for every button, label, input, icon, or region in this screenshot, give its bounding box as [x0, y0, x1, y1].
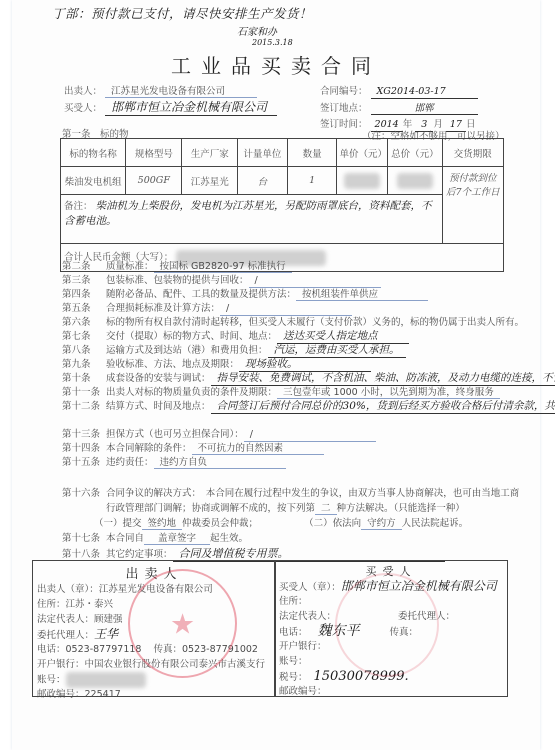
clause-number: 第十一条 [62, 384, 106, 398]
buyer-account-label: 账号： [279, 656, 308, 667]
clause-label: 质量标准： [106, 261, 154, 272]
buyer-bank-label: 开户银行： [279, 641, 327, 652]
seller-line-value: 225417 [85, 689, 121, 700]
seller-line-label: 电话： [37, 644, 66, 655]
clause-value: 三包壹年或 1000 小时，以先到期为准，终身服务 [277, 384, 500, 399]
clause-number: 第八条 [62, 342, 106, 356]
option-1-value: 签约地 [142, 515, 183, 530]
clause-label: 交付（提取）标的物方式、时间、地点： [106, 331, 277, 342]
goods-table: 标的物名称 规格型号 生产厂家 计量单位 数量 单价（元） 总价（元） 交货期限… [60, 138, 504, 272]
cell-maker: 江苏星光 [182, 167, 238, 195]
cell-name: 柴油发电机组 [61, 167, 126, 195]
col-header: 总价（元） [388, 139, 443, 167]
buyer-address-label: 住所： [279, 596, 308, 607]
option-2-value: 守约方 [361, 515, 402, 530]
clause-value: 不可抗力的自然因素 [192, 440, 324, 455]
option-1-suffix: 仲裁委员会仲裁； [182, 518, 258, 529]
seller-row: 出卖人： 江苏星光发电设备有限公司 [64, 83, 257, 98]
sign-place-label: 签订地点： [320, 103, 368, 114]
clause-17-label: 本合同自 [106, 533, 144, 544]
clause: 第四条随附必备品、配件、工具的数量及提供方法：按机组装件单供应 [62, 286, 428, 301]
clause-number: 第四条 [62, 286, 106, 300]
buyer-postal-label: 邮政编号： [279, 686, 327, 697]
cell-unit: 台 [238, 167, 288, 195]
contract-number: XG2014-03-17 [371, 86, 478, 99]
clause: 第六条标的物所有权自款付清时起转移，但买受人未履行（支付价款）义务的，标的物仍属… [62, 314, 524, 328]
clause-label: 标的物所有权自款付清时起转移，但买受人未履行（支付价款）义务的，标的物仍属于出卖… [106, 317, 524, 328]
remark-cell: 备注： 柴油机为上柴股份，发电机为江苏星光，另配防雨罩底台，资料配套，不含蓄电池… [61, 195, 443, 244]
clause-number: 第十五条 [62, 454, 106, 468]
clause-label: 担保方式（也可另立担保合同）： [106, 429, 244, 440]
seller-line-value: 王华 [94, 627, 118, 641]
clause-16-text: 行政管理部门调解；协商或调解不成的，按下列第 [106, 503, 315, 514]
sign-place: 邯郸 [371, 100, 478, 115]
clause-16-line2: 行政管理部门调解；协商或调解不成的，按下列第二种方法解决。（只能选择一种） [106, 500, 465, 515]
clause-label: 合理损耗标准及计算方法： [106, 303, 220, 314]
buyer-tax-label: 税号： [279, 672, 308, 683]
seller-line-label: 出卖人（章）： [37, 584, 99, 595]
clause-label: 违约责任： [106, 457, 154, 468]
clause-label: 结算方式、时间及地点： [106, 401, 211, 412]
col-header: 数量 [287, 139, 337, 167]
clause-label: 随附必备品、配件、工具的数量及提供方法： [106, 289, 296, 300]
seller-line-label: 住所： [37, 599, 66, 610]
clause: 第十五条违约责任：违约方自负 [62, 454, 286, 469]
remark-row: 备注： 柴油机为上柴股份，发电机为江苏星光，另配防雨罩底台，资料配套，不含蓄电池… [61, 195, 504, 244]
buyer-phone-label: 电话： [279, 627, 308, 638]
seller-line-label: 账号： [37, 675, 66, 686]
clause-label: 本合同解除的条件： [106, 443, 192, 454]
clause-number: 第十三条 [62, 426, 106, 440]
clause-value: 按机组装件单供应 [296, 286, 428, 301]
cell-model: 500GF [126, 167, 182, 195]
clause-18-label: 其它约定事项： [106, 549, 173, 560]
clause-number: 第十四条 [62, 440, 106, 454]
seller-stamp: ★ [128, 569, 237, 678]
cell-delivery: 预付款到位后7个工作日 [442, 167, 503, 244]
buyer-company-label: 买受人（章）： [279, 582, 341, 593]
remark-text: 柴油机为上柴股份，发电机为江苏星光，另配防雨罩底台，资料配套，不含蓄电池。 [64, 200, 432, 227]
clause: 第二条质量标准：按国标 GB2820-97 标准执行 [62, 258, 292, 273]
contract-page: 丁部：预付款已支付，请尽快安排生产发货！ 石家和办 2015.3.18 工业品买… [12, 0, 540, 750]
buyer-postal-line: 邮政编号： [279, 684, 507, 699]
sign-time-label: 签订时间： [320, 119, 368, 130]
col-header: 单价（元） [337, 139, 388, 167]
clause-value: 合同签订后预付合同总价的30%，货到后经买方验收合格后付清余款，共计支付（结算方… [211, 398, 555, 414]
remark-label: 备注： [64, 201, 93, 212]
clause-label: 出卖人对标的物质量负责的条件及期限： [106, 387, 277, 398]
seller-name: 江苏星光发电设备有限公司 [105, 83, 257, 98]
seller-line-label: 邮政编号： [37, 689, 85, 700]
note-date: 2015.3.18 [252, 38, 293, 47]
clause-number: 第五条 [62, 300, 106, 314]
sign-place-row: 签订地点： 邯郸 [320, 100, 478, 115]
clause-number: 第十条 [62, 370, 106, 384]
table-row: 柴油发电机组 500GF 江苏星光 台 1 预付款到位后7个工作日 [61, 167, 504, 195]
seller-line-label: 委托代理人： [37, 630, 94, 641]
buyer-signature-block: 买受人 买受人（章）：邯郸市恒立冶金机械有限公司 住所： 法定代表人：委托代理人… [274, 560, 508, 697]
option-2-label: （二）依法向 [304, 518, 361, 529]
clause-value: 按国标 GB2820-97 标准执行 [154, 258, 292, 273]
clause-number: 第十八条 [62, 546, 106, 560]
seller-line: 邮政编号：225417 [37, 687, 275, 702]
contract-number-row: 合同编号： XG2014-03-17 [320, 83, 478, 99]
clause-number: 第二条 [62, 258, 106, 272]
clause-16-line1: 合同争议的解决方式： 本合同在履行过程中发生的争议，由双方当事人协商解决，也可由… [106, 488, 519, 499]
seller-line-label: 开户银行： [37, 659, 85, 670]
col-header: 计量单位 [238, 139, 288, 167]
buyer-label: 买受人： [64, 103, 102, 114]
seller-line: 账号： [37, 672, 275, 687]
star-icon: ★ [170, 607, 195, 640]
clause-number: 第七条 [62, 328, 106, 342]
clause: 第十二条结算方式、时间及地点：合同签订后预付合同总价的30%，货到后经买方验收合… [62, 398, 555, 414]
seller-label: 出卖人： [64, 86, 102, 97]
cell-total-redacted [388, 167, 443, 195]
col-header: 标的物名称 [61, 139, 126, 167]
seller-signature-block: ★ 出卖人 出卖人（章）：江苏星光发电设备有限公司住所：江苏・泰兴法定代表人：顾… [32, 560, 276, 697]
seller-line-value: 0523-87797118 [66, 644, 142, 655]
clause: 第十四条本合同解除的条件：不可抗力的自然因素 [62, 440, 324, 455]
cell-unit-price-redacted [337, 167, 388, 195]
clause-label: 包装标准、包装物的提供与回收： [106, 275, 249, 286]
clause-16-options: （一）提交签约地仲裁委员会仲裁； （二）依法向守约方人民法院起诉。 [94, 515, 468, 530]
clause-number: 第十二条 [62, 398, 106, 412]
clause-number: 第十七条 [62, 530, 106, 544]
note-signature: 石家和办 [237, 23, 277, 38]
contract-title: 工业品买卖合同 [12, 50, 540, 79]
seller-account-redacted [66, 672, 146, 688]
clause-number: 第十六条 [62, 485, 106, 499]
buyer-name: 邯郸市恒立冶金机械有限公司 [105, 98, 277, 116]
clause-16: 第十六条合同争议的解决方式： 本合同在履行过程中发生的争议，由双方当事人协商解决… [62, 485, 519, 499]
clause-17-value: 盖章签字 [144, 530, 210, 545]
clause-label: 验收标准、方法、地点及期限： [106, 359, 239, 370]
table-header-row: 标的物名称 规格型号 生产厂家 计量单位 数量 单价（元） 总价（元） 交货期限 [61, 139, 504, 167]
buyer-row: 买受人： 邯郸市恒立冶金机械有限公司 [64, 98, 277, 116]
handwritten-note: 丁部：预付款已支付，请尽快安排生产发货！ [52, 4, 312, 22]
clause-value: 违约方自负 [154, 454, 286, 469]
clause-label: 成套设备的安装与调试： [106, 373, 211, 384]
contract-number-label: 合同编号： [320, 86, 368, 97]
clause-number: 第三条 [62, 272, 106, 286]
seller-line-value: 顾建强 [94, 614, 123, 625]
buyer-stamp [335, 573, 439, 677]
seller-line-value: 江苏・泰兴 [66, 599, 114, 610]
cell-qty: 1 [287, 167, 337, 195]
buyer-legal-label: 法定代表人： [279, 611, 336, 622]
seller-line-label: 法定代表人： [37, 614, 94, 625]
option-2-suffix: 人民法院起诉。 [402, 518, 469, 529]
clause-number: 第六条 [62, 314, 106, 328]
clause: 第十一条出卖人对标的物质量负责的条件及期限：三包壹年或 1000 小时，以先到期… [62, 384, 500, 399]
clause-16-text: 种方法解决。（只能选择一种） [337, 503, 465, 514]
col-header: 规格型号 [126, 139, 182, 167]
option-1-label: （一）提交 [94, 518, 142, 529]
col-header: 交货期限 [442, 139, 503, 167]
clause-17: 第十七条本合同自盖章签字起生效。 [62, 530, 248, 545]
col-header: 生产厂家 [182, 139, 238, 167]
clause-number: 第九条 [62, 356, 106, 370]
clause-16-choice: 二 [315, 500, 337, 515]
clause-17-suffix: 起生效。 [210, 533, 248, 544]
clause-label: 运输方式及到达站（港）和费用负担： [106, 345, 268, 356]
